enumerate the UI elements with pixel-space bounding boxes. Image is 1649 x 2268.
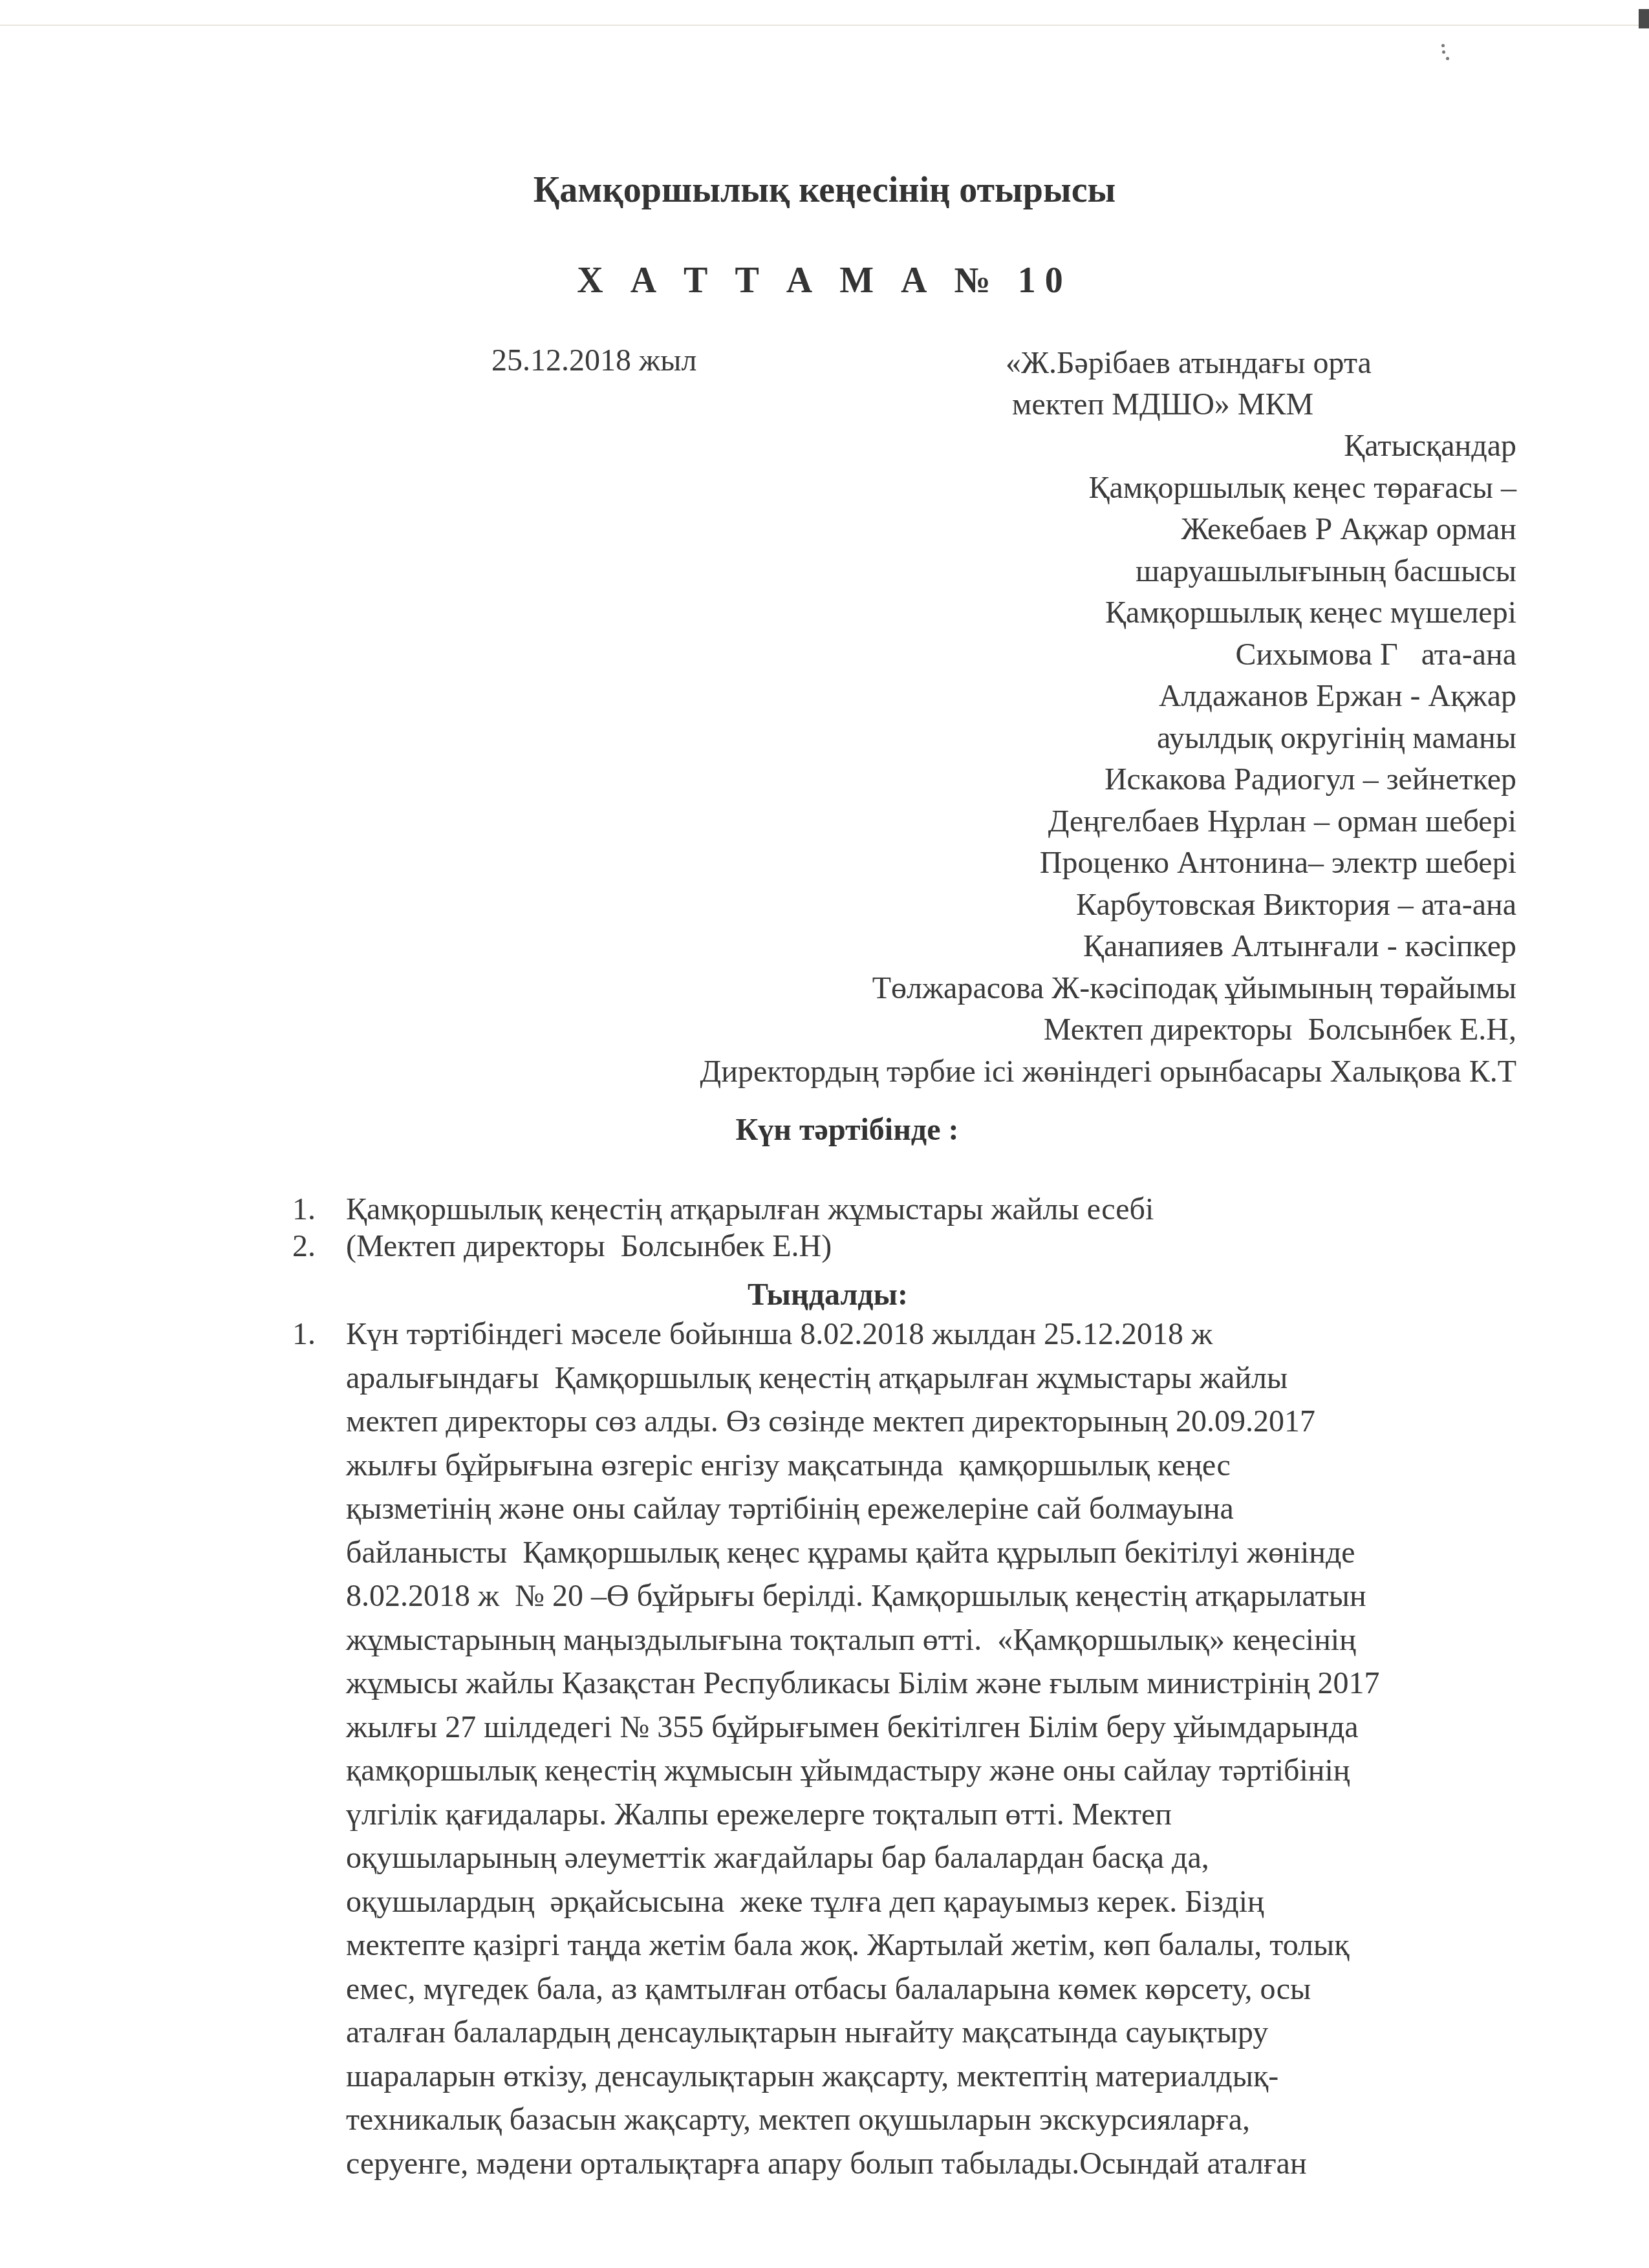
paragraph-line: оқушыларының әлеуметтік жағдайлары бар б…: [346, 1836, 1380, 1880]
agenda-item-number: 1.: [292, 1191, 346, 1228]
paragraph-line: жылғы бұйрығына өзгеріс енгізу мақсатынд…: [346, 1444, 1380, 1488]
listened-item: 1. Күн тәртібіндегі мәселе бойынша 8.02.…: [292, 1312, 1380, 2185]
participant-line: Қанапияев Алтынғали - кәсіпкер: [700, 926, 1516, 968]
participant-line: Төлжарасова Ж-кәсіподақ ұйымының төрайым…: [700, 968, 1516, 1010]
paragraph-line: техникалық базасын жақсарту, мектеп оқуш…: [346, 2098, 1380, 2142]
participants-list: Қатысқандар Қамқоршылық кеңес төрағасы –…: [700, 425, 1516, 1093]
paragraph-line: жұмысы жайлы Қазақстан Республикасы Білі…: [346, 1662, 1380, 1706]
paragraph-line: Күн тәртібіндегі мәселе бойынша 8.02.201…: [346, 1312, 1380, 1356]
scan-speck: [1442, 50, 1445, 54]
participant-line: Қамқоршылық кеңес төрағасы –: [700, 467, 1516, 509]
agenda-item: 1. Қамқоршылық кеңестің атқарылған жұмыс…: [292, 1191, 1154, 1228]
organization-line: мектеп МДШО» МКМ: [1006, 384, 1372, 425]
paragraph-line: серуенге, мәдени орталықтарға апару болы…: [346, 2142, 1380, 2186]
participant-line: Алдажанов Ержан - Ақжар: [700, 676, 1516, 718]
agenda-item: 2. (Мектеп директоры Болсынбек Е.Н): [292, 1228, 1154, 1265]
agenda-item-text: Қамқоршылық кеңестің атқарылған жұмыстар…: [346, 1191, 1154, 1228]
scan-edge-line: [0, 25, 1649, 26]
agenda-item-number: 2.: [292, 1228, 346, 1265]
participant-line: Проценко Антонина– электр шебері: [700, 842, 1516, 884]
participant-line: Қамқоршылық кеңес мүшелері: [700, 592, 1516, 634]
participant-line: Искакова Радиогул – зейнеткер: [700, 759, 1516, 801]
document-date: 25.12.2018 жыл: [491, 343, 696, 378]
participant-line: Жекебаев Р Ақжар орман: [700, 509, 1516, 551]
paragraph-line: үлгілік қағидалары. Жалпы ережелерге тоқ…: [346, 1793, 1380, 1837]
participant-line: ауылдық округінің маманы: [700, 718, 1516, 760]
agenda-list: 1. Қамқоршылық кеңестің атқарылған жұмыс…: [292, 1191, 1154, 1265]
paragraph-line: аралығындағы Қамқоршылық кеңестің атқары…: [346, 1356, 1380, 1400]
paragraph-line: аталған балалардың денсаулықтарын нығайт…: [346, 2011, 1380, 2055]
participant-line: Карбутовская Виктория – ата-ана: [700, 884, 1516, 926]
paragraph-line: шараларын өткізу, денсаулықтарын жақсарт…: [346, 2055, 1380, 2099]
paragraph-line: жылғы 27 шілдедегі № 355 бұйрығымен бекі…: [346, 1706, 1380, 1749]
listened-list: 1. Күн тәртібіндегі мәселе бойынша 8.02.…: [292, 1312, 1380, 2185]
participant-line: Сихымова Г ата-ана: [700, 634, 1516, 676]
protocol-number: Х А Т Т А М А № 10: [0, 260, 1649, 301]
paragraph-line: жұмыстарының маңыздылығына тоқталып өтті…: [346, 1618, 1380, 1662]
listened-item-paragraph: Күн тәртібіндегі мәселе бойынша 8.02.201…: [346, 1312, 1380, 2185]
paragraph-line: қызметінің және оны сайлау тәртібінің ер…: [346, 1487, 1380, 1531]
paragraph-line: 8.02.2018 ж № 20 –Ө бұйрығы берілді. Қам…: [346, 1574, 1380, 1618]
participant-line: Деңгелбаев Нұрлан – орман шебері: [700, 801, 1516, 843]
participant-line: Мектеп директоры Болсынбек Е.Н,: [700, 1009, 1516, 1051]
paragraph-line: мектеп директоры сөз алды. Өз сөзінде ме…: [346, 1400, 1380, 1444]
participants-heading: Қатысқандар: [700, 425, 1516, 467]
scan-corner-mark: [1639, 9, 1649, 28]
paragraph-line: мектепте қазіргі таңда жетім бала жоқ. Ж…: [346, 1923, 1380, 1967]
organization-block: «Ж.Бәрібаев атындағы орта мектеп МДШО» М…: [1006, 343, 1372, 425]
page-title: Қамқоршылық кеңесінің отырысы: [0, 169, 1649, 211]
scan-speck: [1441, 44, 1445, 47]
scan-speck: [1446, 57, 1449, 60]
listened-item-number: 1.: [292, 1312, 346, 2185]
participant-line: Директордың тәрбие ісі жөніндегі орынбас…: [700, 1051, 1516, 1093]
listened-heading: Тыңдалды:: [0, 1277, 1649, 1312]
organization-line: «Ж.Бәрібаев атындағы орта: [1006, 343, 1372, 384]
paragraph-line: байланысты Қамқоршылық кеңес құрамы қайт…: [346, 1531, 1380, 1575]
paragraph-line: емес, мүгедек бала, аз қамтылған отбасы …: [346, 1967, 1380, 2011]
agenda-item-text: (Мектеп директоры Болсынбек Е.Н): [346, 1228, 832, 1265]
paragraph-line: қамқоршылық кеңестің жұмысын ұйымдастыру…: [346, 1749, 1380, 1793]
participant-line: шаруашылығының басшысы: [700, 551, 1516, 593]
paragraph-line: оқушылардың әрқайсысына жеке тұлға деп қ…: [346, 1880, 1380, 1924]
agenda-heading: Күн тәртібінде :: [0, 1112, 1649, 1148]
